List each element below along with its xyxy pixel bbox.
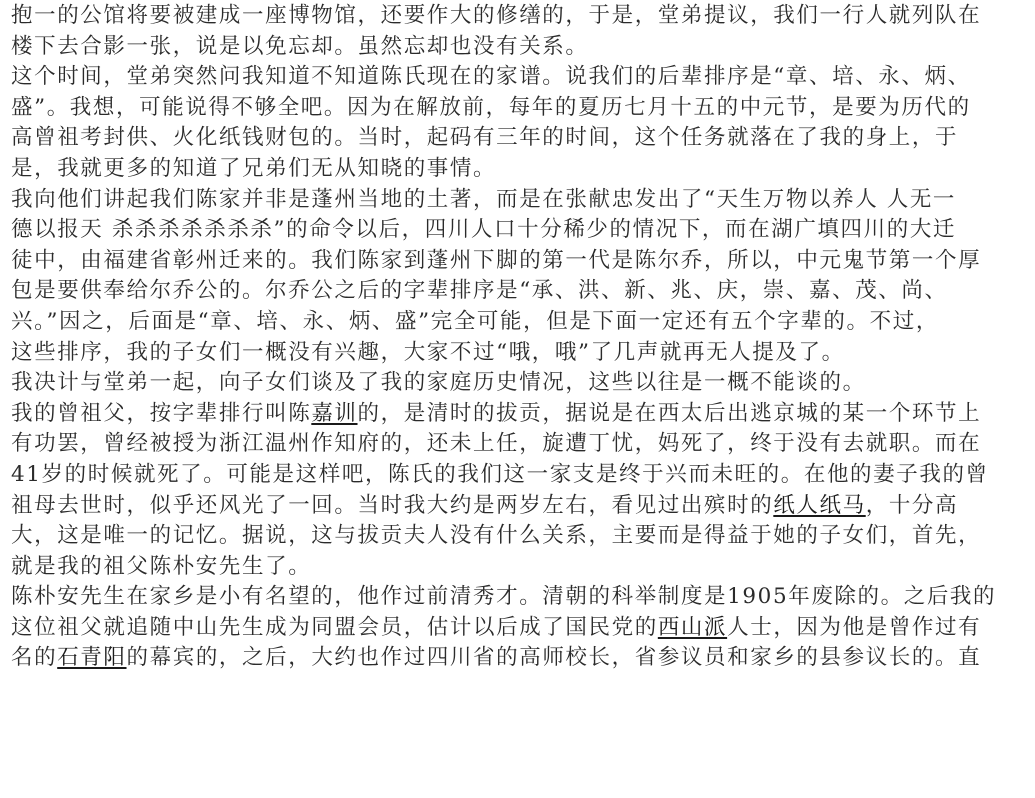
text-line: 这个时间，堂弟突然问我知道不知道陈氏现在的家谱。说我们的后辈排序是“章、培、永、… (11, 62, 1035, 93)
text-segment: 大，这是唯一的记忆。据说，这与拔贡夫人没有什么关系，主要而是得益于她的子女们，首… (11, 523, 981, 548)
text-segment: 的幕宾的，之后，大约也作过四川省的高师校长，省参议员和家乡的县参议长的。直 (127, 645, 982, 670)
text-segment: ，十分高 (866, 493, 958, 518)
text-line: 德以报天 杀杀杀杀杀杀杀”的命令以后，四川人口十分稀少的情况下，而在湖广填四川的… (11, 215, 1035, 246)
inline-link[interactable]: 嘉训 (311, 401, 357, 426)
text-segment: 我的曾祖父，按字辈排行叫陈 (11, 401, 311, 426)
inline-link[interactable]: 纸人纸马 (773, 493, 865, 518)
text-line: 是，我就更多的知道了兄弟们无从知晓的事情。 (11, 154, 1035, 185)
text-segment: 我向他们讲起我们陈家并非是蓬州当地的土著，而是在张献忠发出了“天生万物以养人 人… (11, 187, 956, 212)
text-line: 这位祖父就追随中山先生成为同盟会员，估计以后成了国民党的西山派人士，因为他是曾作… (11, 613, 1035, 644)
text-segment: 高曾祖考封供、火化纸钱财包的。当时，起码有三年的时间，这个任务就落在了我的身上，… (11, 125, 958, 150)
text-segment: 徒中，由福建省彰州迁来的。我们陈家到蓬州下脚的第一代是陈尔乔，所以，中元鬼节第一… (11, 248, 981, 273)
text-segment: 德以报天 杀杀杀杀杀杀杀”的命令以后，四川人口十分稀少的情况下，而在湖广填四川的… (11, 217, 956, 242)
text-segment: 盛”。我想，可能说得不够全吧。因为在解放前，每年的夏历七月十五的中元节，是要为历… (11, 95, 971, 120)
text-line: 祖母去世时，似乎还风光了一回。当时我大约是两岁左右，看见过出殡时的纸人纸马，十分… (11, 491, 1035, 522)
text-line: 我向他们讲起我们陈家并非是蓬州当地的土著，而是在张献忠发出了“天生万物以养人 人… (11, 185, 1035, 216)
text-segment: 我决计与堂弟一起，向子女们谈及了我的家庭历史情况，这些以往是一概不能谈的。 (11, 370, 866, 395)
text-line: 楼下去合影一张，说是以免忘却。虽然忘却也没有关系。 (11, 32, 1035, 63)
text-line: 41岁的时候就死了。可能是这样吧，陈氏的我们这一家支是终于兴而未旺的。在他的妻子… (11, 460, 1035, 491)
text-segment: 有功罢，曾经被授为浙江温州作知府的，还未上任，旋遭丁忧，妈死了，终于没有去就职。… (11, 431, 981, 456)
text-line: 这些排序，我的子女们一概没有兴趣，大家不过“哦，哦”了几声就再无人提及了。 (11, 338, 1035, 369)
text-line: 就是我的祖父陈朴安先生了。 (11, 552, 1035, 583)
text-line: 兴。”因之，后面是“章、培、永、炳、盛”完全可能，但是下面一定还有五个字辈的。不… (11, 307, 1035, 338)
text-line: 盛”。我想，可能说得不够全吧。因为在解放前，每年的夏历七月十五的中元节，是要为历… (11, 93, 1035, 124)
document-body: 抱一的公馆将要被建成一座博物馆，还要作大的修缮的，于是，堂弟提议，我们一行人就列… (11, 1, 1035, 674)
text-segment: 人士，因为他是曾作过有 (727, 615, 981, 640)
text-segment: 兴。”因之，后面是“章、培、永、炳、盛”完全可能，但是下面一定还有五个字辈的。不… (11, 309, 939, 334)
text-line: 我决计与堂弟一起，向子女们谈及了我的家庭历史情况，这些以往是一概不能谈的。 (11, 368, 1035, 399)
text-line: 名的石青阳的幕宾的，之后，大约也作过四川省的高师校长，省参议员和家乡的县参议长的… (11, 643, 1035, 674)
text-segment: 祖母去世时，似乎还风光了一回。当时我大约是两岁左右，看见过出殡时的 (11, 493, 773, 518)
text-segment: 这个时间，堂弟突然问我知道不知道陈氏现在的家谱。说我们的后辈排序是“章、培、永、… (11, 64, 971, 89)
text-segment: 这位祖父就追随中山先生成为同盟会员，估计以后成了国民党的 (11, 615, 658, 640)
text-line: 高曾祖考封供、火化纸钱财包的。当时，起码有三年的时间，这个任务就落在了我的身上，… (11, 123, 1035, 154)
text-segment: 这些排序，我的子女们一概没有兴趣，大家不过“哦，哦”了几声就再无人提及了。 (11, 340, 845, 365)
text-segment: 41岁的时候就死了。可能是这样吧，陈氏的我们这一家支是终于兴而未旺的。在他的妻子… (11, 462, 989, 487)
text-line: 陈朴安先生在家乡是小有名望的，他作过前清秀才。清朝的科举制度是1905年废除的。… (11, 582, 1035, 613)
text-segment: 名的 (11, 645, 57, 670)
text-line: 抱一的公馆将要被建成一座博物馆，还要作大的修缮的，于是，堂弟提议，我们一行人就列… (11, 1, 1035, 32)
inline-link[interactable]: 西山派 (658, 615, 727, 640)
text-segment: 抱一的公馆将要被建成一座博物馆，还要作大的修缮的，于是，堂弟提议，我们一行人就列… (11, 3, 981, 28)
text-segment: 陈朴安先生在家乡是小有名望的，他作过前清秀才。清朝的科举制度是1905年废除的。… (11, 584, 996, 609)
inline-link[interactable]: 石青阳 (57, 645, 126, 670)
text-segment: 就是我的祖父陈朴安先生了。 (11, 554, 311, 579)
text-segment: 包是要供奉给尔乔公的。尔乔公之后的字辈排序是“承、洪、新、兆、庆，崇、嘉、茂、尚… (11, 278, 948, 303)
text-line: 我的曾祖父，按字辈排行叫陈嘉训的，是清时的拔贡，据说是在西太后出逃京城的某一个环… (11, 399, 1035, 430)
text-line: 包是要供奉给尔乔公的。尔乔公之后的字辈排序是“承、洪、新、兆、庆，崇、嘉、茂、尚… (11, 276, 1035, 307)
text-segment: 是，我就更多的知道了兄弟们无从知晓的事情。 (11, 156, 496, 181)
text-segment: 的，是清时的拔贡，据说是在西太后出逃京城的某一个环节上 (358, 401, 982, 426)
text-line: 大，这是唯一的记忆。据说，这与拔贡夫人没有什么关系，主要而是得益于她的子女们，首… (11, 521, 1035, 552)
text-segment: 楼下去合影一张，说是以免忘却。虽然忘却也没有关系。 (11, 34, 589, 59)
text-line: 有功罢，曾经被授为浙江温州作知府的，还未上任，旋遭丁忧，妈死了，终于没有去就职。… (11, 429, 1035, 460)
text-line: 徒中，由福建省彰州迁来的。我们陈家到蓬州下脚的第一代是陈尔乔，所以，中元鬼节第一… (11, 246, 1035, 277)
